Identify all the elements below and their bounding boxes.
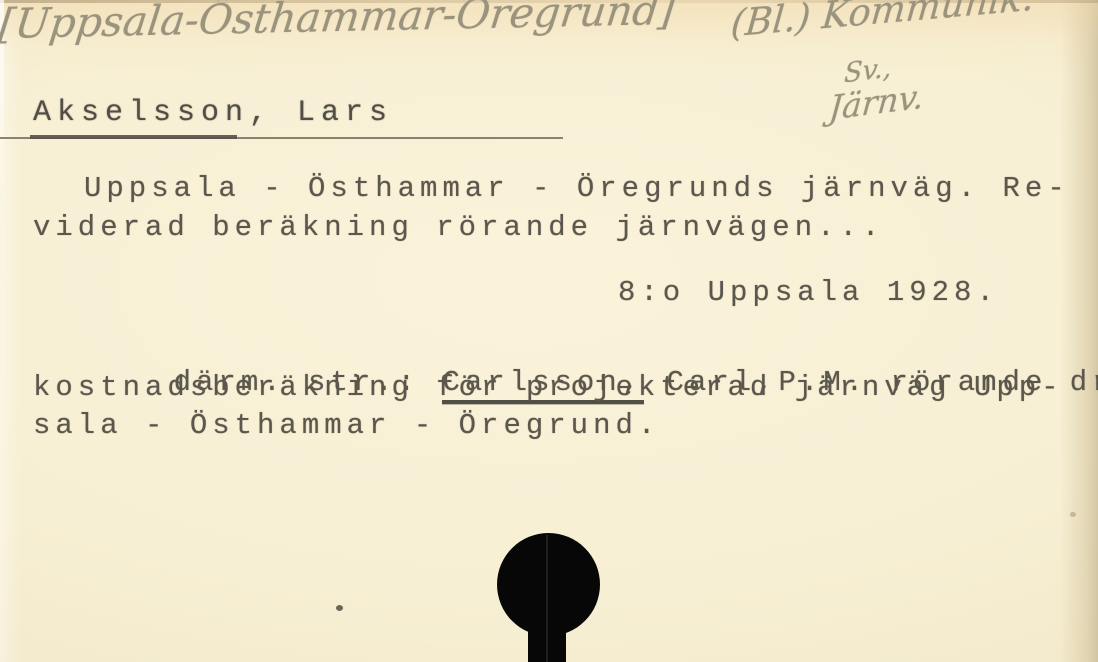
handwritten-classification-line3: Järnv. [828,76,926,127]
catalog-card: [Uppsala-Östhammar-Öregrund] (Bl.) Kommu… [0,0,1098,662]
title-line-2: viderad beräkning rörande järnvägen... [33,211,884,244]
ink-speck [336,605,343,611]
author-heading: Akselsson, Lars [33,96,393,130]
heading-typed-underline [30,135,237,139]
paper-speck [1070,512,1076,517]
note-line-2: kostnadsberäkning för projekterad järnvä… [33,371,1064,404]
handwritten-subject-heading: [Uppsala-Östhammar-Öregrund] [0,0,678,48]
imprint-line: 8:o Uppsala 1928. [618,276,999,309]
handwritten-classification-line1: (Bl.) Kommunik. [729,0,1036,45]
punch-hole [497,533,600,636]
note-line-3: sala - Östhammar - Öregrund. [33,409,660,442]
title-line-1: Uppsala - Östhammar - Öregrunds järnväg.… [84,172,1070,205]
punch-hole-crease-line [546,535,548,662]
